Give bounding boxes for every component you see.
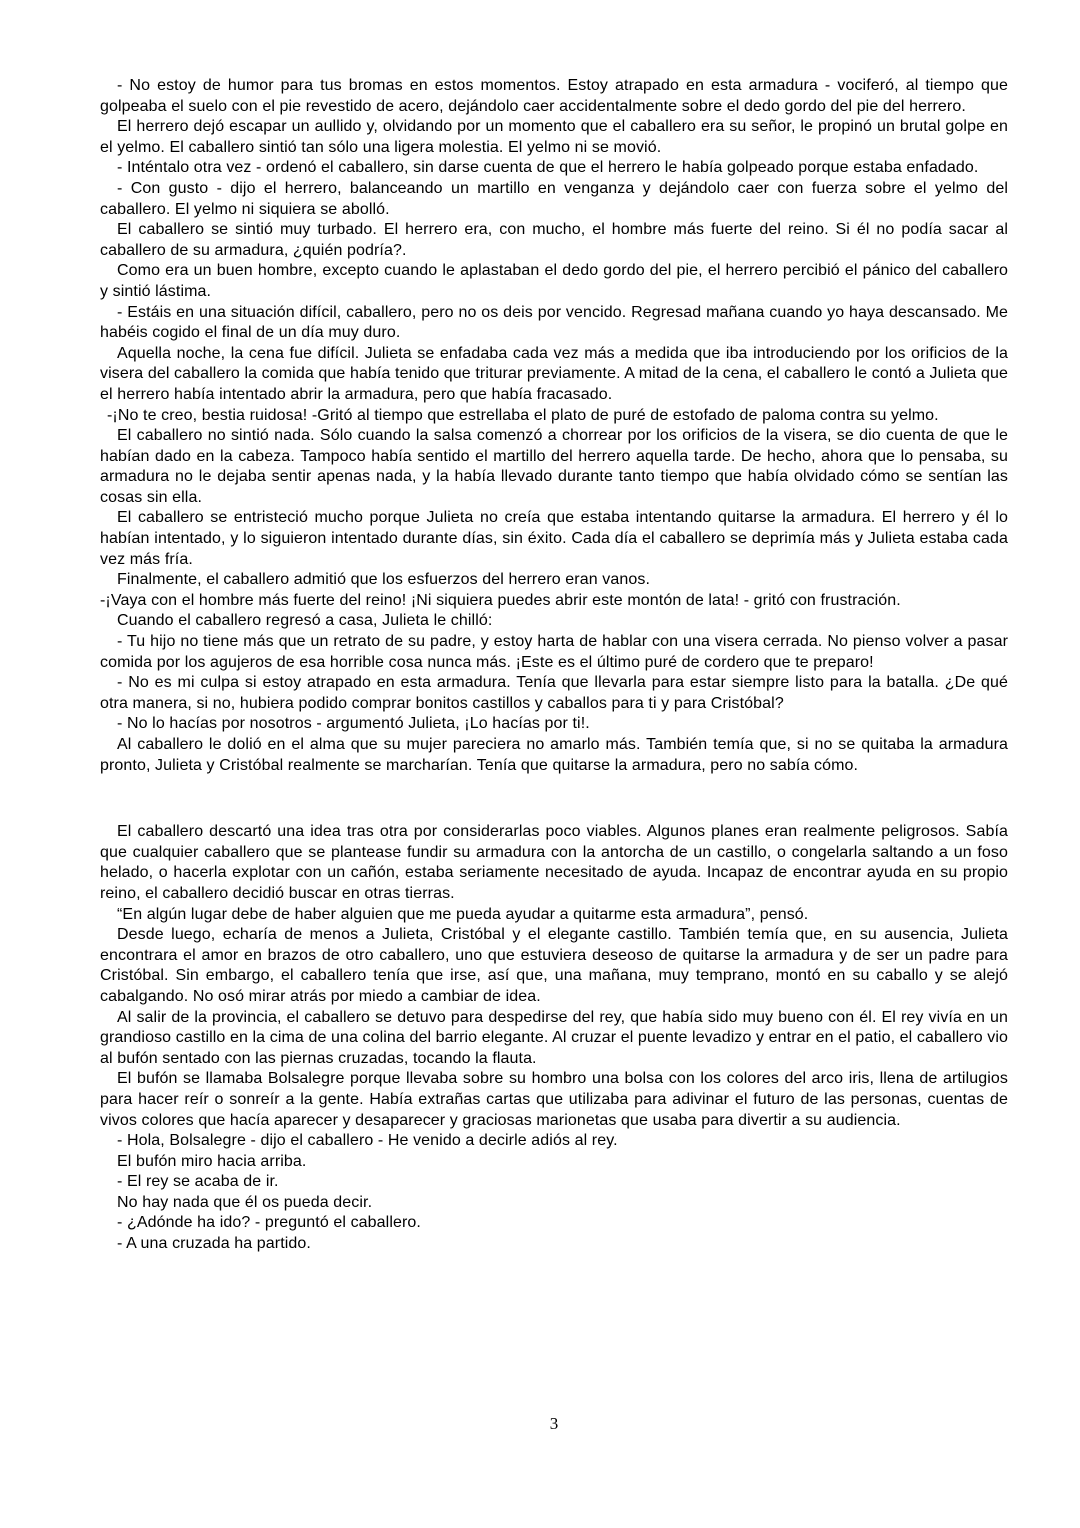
paragraph: Al salir de la provincia, el caballero s… <box>100 1008 1008 1070</box>
paragraph: - Tu hijo no tiene más que un retrato de… <box>100 632 1008 673</box>
paragraph: -¡No te creo, bestia ruidosa! -Gritó al … <box>100 406 1008 427</box>
paragraph: El bufón se llamaba Bolsalegre porque ll… <box>100 1069 1008 1131</box>
paragraph: - ¿Adónde ha ido? - preguntó el caballer… <box>100 1213 1008 1234</box>
paragraph: Cuando el caballero regresó a casa, Juli… <box>100 611 1008 632</box>
paragraph: - No estoy de humor para tus bromas en e… <box>100 76 1008 117</box>
document-page: - No estoy de humor para tus bromas en e… <box>0 0 1080 1528</box>
paragraph: - Con gusto - dijo el herrero, balancean… <box>100 179 1008 220</box>
paragraph: Aquella noche, la cena fue difícil. Juli… <box>100 344 1008 406</box>
paragraph: -¡Vaya con el hombre más fuerte del rein… <box>100 591 1008 612</box>
page-number: 3 <box>100 1414 1008 1434</box>
paragraph: El caballero descartó una idea tras otra… <box>100 822 1008 904</box>
paragraph: - No es mi culpa si estoy atrapado en es… <box>100 673 1008 714</box>
paragraph: - No lo hacías por nosotros - argumentó … <box>100 714 1008 735</box>
paragraph: - El rey se acaba de ir. <box>100 1172 1008 1193</box>
paragraph: Al caballero le dolió en el alma que su … <box>100 735 1008 776</box>
paragraph: El herrero dejó escapar un aullido y, ol… <box>100 117 1008 158</box>
paragraph: El caballero se sintió muy turbado. El h… <box>100 220 1008 261</box>
paragraph: El caballero no sintió nada. Sólo cuando… <box>100 426 1008 508</box>
paragraph: - Inténtalo otra vez - ordenó el caballe… <box>100 158 1008 179</box>
paragraph: El caballero se entristeció mucho porque… <box>100 508 1008 570</box>
paragraph: Como era un buen hombre, excepto cuando … <box>100 261 1008 302</box>
paragraph: “En algún lugar debe de haber alguien qu… <box>100 905 1008 926</box>
paragraph: - A una cruzada ha partido. <box>100 1234 1008 1255</box>
paragraph: Finalmente, el caballero admitió que los… <box>100 570 1008 591</box>
paragraph: No hay nada que él os pueda decir. <box>100 1193 1008 1214</box>
paragraph: El bufón miro hacia arriba. <box>100 1152 1008 1173</box>
paragraph: - Estáis en una situación difícil, cabal… <box>100 303 1008 344</box>
paragraph: Desde luego, echaría de menos a Julieta,… <box>100 925 1008 1007</box>
paragraph: - Hola, Bolsalegre - dijo el caballero -… <box>100 1131 1008 1152</box>
page-text: - No estoy de humor para tus bromas en e… <box>100 76 1008 1255</box>
